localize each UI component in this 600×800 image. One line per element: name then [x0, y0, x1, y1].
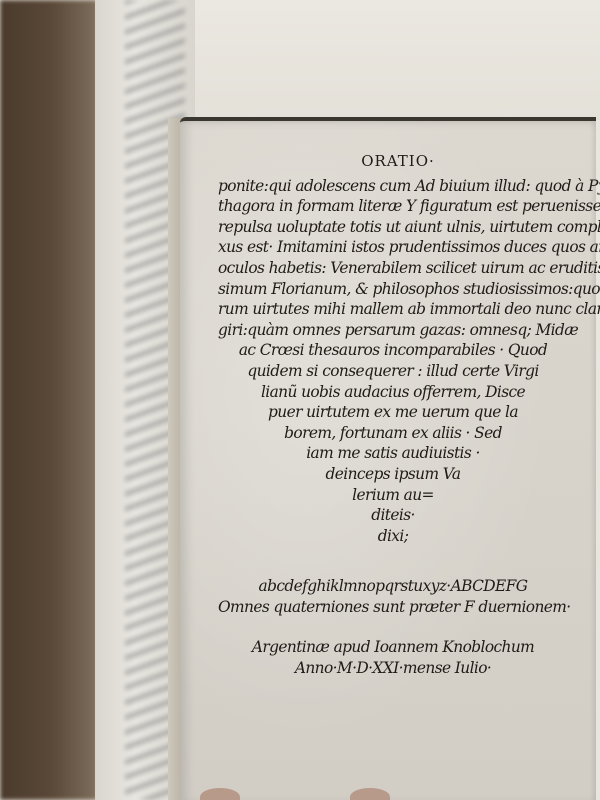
- page-text: ORATIO· ponite:qui adolescens cum Ad biu…: [218, 151, 568, 679]
- taper-line: iam me satis audiuistis ·: [218, 443, 568, 464]
- taper-line: borem, fortunam ex aliis · Sed: [218, 423, 568, 444]
- body-line: thagora in formam literæ Y figuratum est…: [218, 196, 568, 217]
- register-line: abcdefghiklmnopqrstuxyz·ABCDEFG: [218, 576, 568, 597]
- taper-line: giri:quàm omnes persarum gazas: omnesq; …: [218, 320, 568, 341]
- finger-holding-page: [350, 788, 390, 800]
- body-line: repulsa uoluptate totis ut aiunt ulnis, …: [218, 217, 568, 238]
- body-line: rum uirtutes mihi mallem ab immortali de…: [218, 299, 568, 320]
- taper-line: diteis·: [218, 505, 568, 526]
- taper-line: quidem si consequerer : illud certe Virg…: [218, 361, 568, 382]
- taper-line: deinceps ipsum Va: [218, 464, 568, 485]
- taper-line: dixi;: [218, 526, 568, 547]
- taper-line: lerium au=: [218, 485, 568, 506]
- right-page: ORATIO· ponite:qui adolescens cum Ad biu…: [180, 117, 596, 800]
- taper-line: puer uirtutem ex me uerum que la: [218, 402, 568, 423]
- body-line: oculos habetis: Venerabilem scilicet uir…: [218, 258, 568, 279]
- page-heading: ORATIO·: [218, 151, 568, 172]
- collation-note: Omnes quaterniones sunt præter F duernio…: [218, 597, 568, 618]
- colophon-line: Anno·M·D·XXI·mense Iulio·: [218, 658, 568, 679]
- taper-line: lianũ uobis audacius offerrem, Disce: [218, 382, 568, 403]
- colophon-line: Argentinæ apud Ioannem Knoblochum: [218, 637, 568, 658]
- taper-line: ac Crœsi thesauros incomparabiles · Quod: [218, 340, 568, 361]
- finger-holding-page: [200, 788, 240, 800]
- background-surface: [190, 0, 600, 120]
- body-line: xus est· Imitamini istos prudentissimos …: [218, 237, 568, 258]
- body-line: ponite:qui adolescens cum Ad biuium illu…: [218, 176, 568, 197]
- body-line: simum Florianum, & philosophos studiosis…: [218, 279, 568, 300]
